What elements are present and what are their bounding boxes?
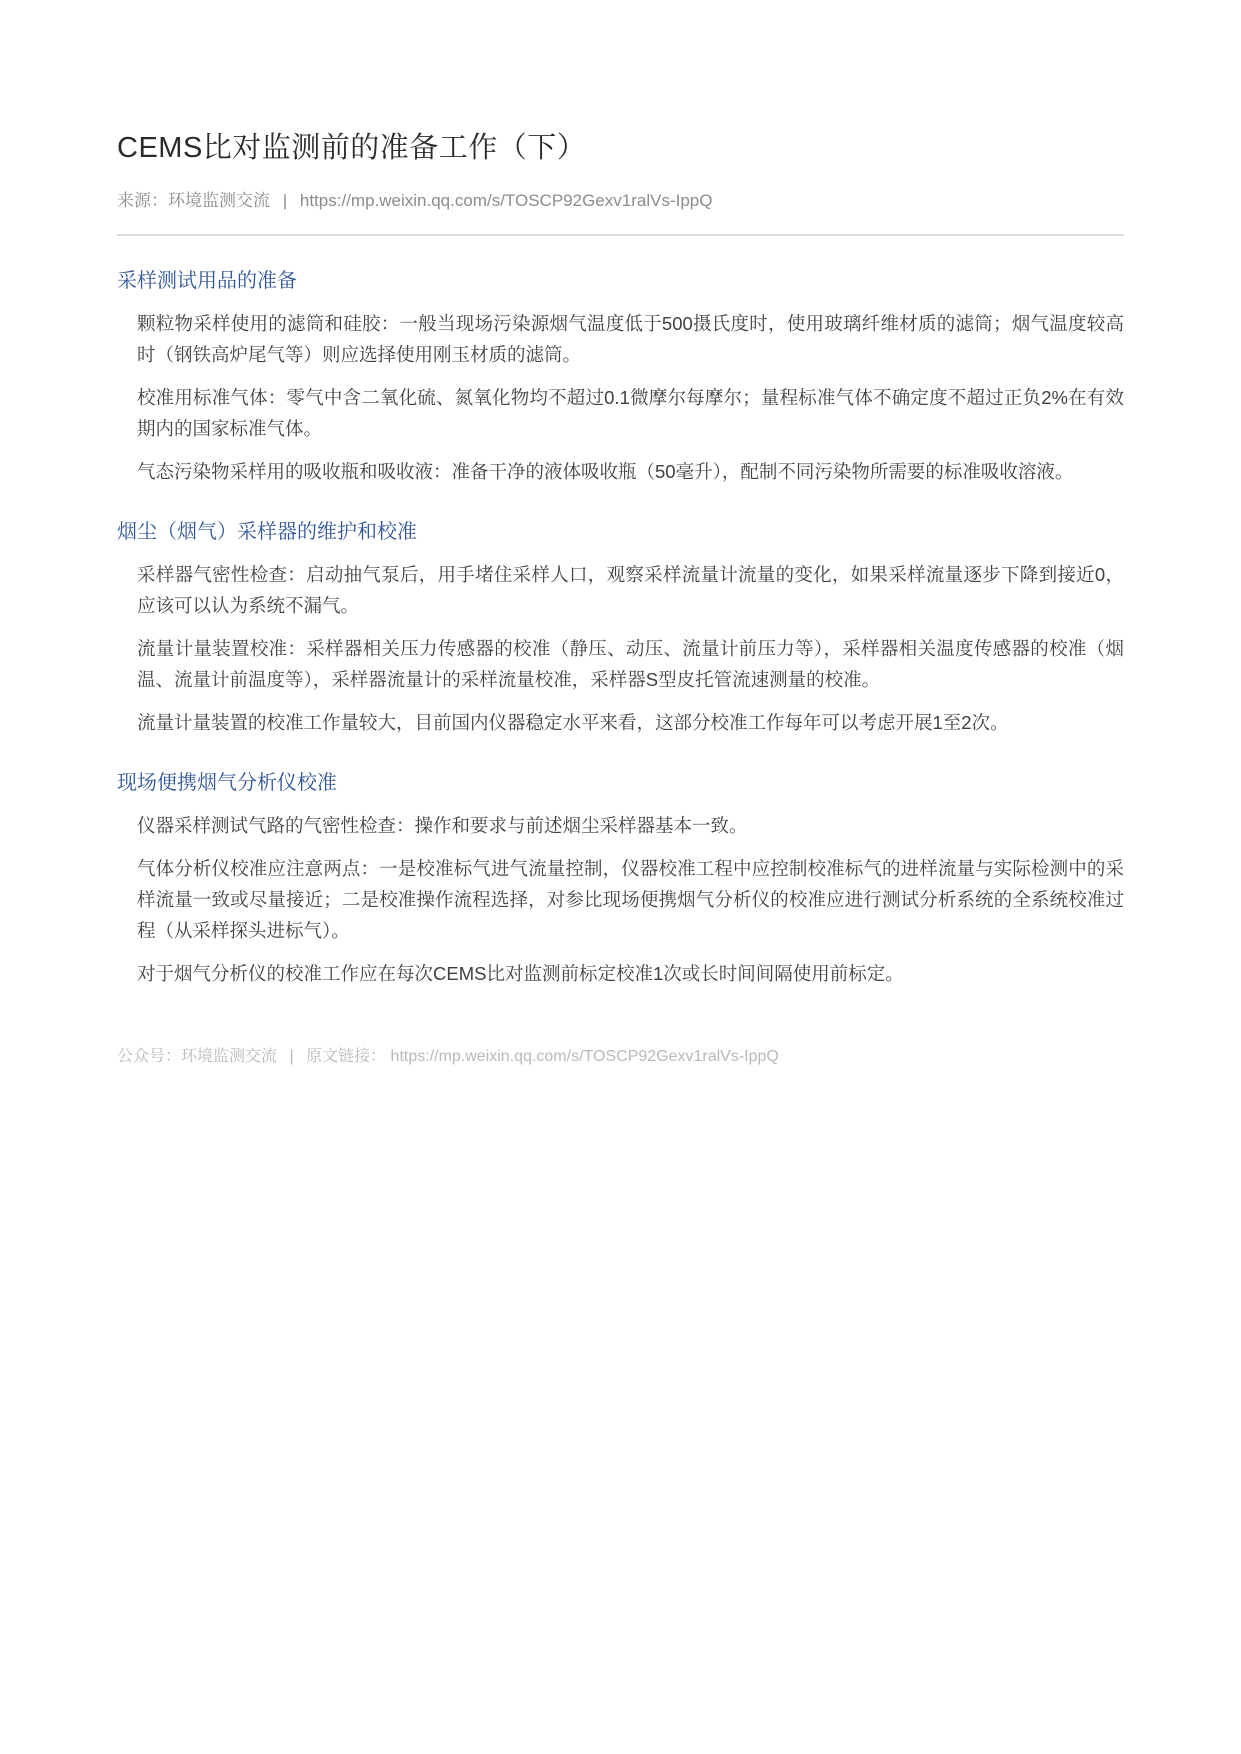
paragraph: 流量计量装置的校准工作量较大，目前国内仪器稳定水平来看，这部分校准工作每年可以考…: [117, 707, 1124, 738]
section-heading-sampling-supplies: 采样测试用品的准备: [117, 268, 1124, 294]
section-sampling-supplies: 采样测试用品的准备 颗粒物采样使用的滤筒和硅胶：一般当现场污染源烟气温度低于50…: [117, 268, 1124, 487]
section-analyzer-calibration: 现场便携烟气分析仪校准 仪器采样测试气路的气密性检查：操作和要求与前述烟尘采样器…: [117, 770, 1124, 989]
section-sampler-maintenance: 烟尘（烟气）采样器的维护和校准 采样器气密性检查：启动抽气泵后，用手堵住采样人口…: [117, 519, 1124, 738]
paragraph: 流量计量装置校准：采样器相关压力传感器的校准（静压、动压、流量计前压力等），采样…: [117, 633, 1124, 695]
section-heading-sampler-maintenance: 烟尘（烟气）采样器的维护和校准: [117, 519, 1124, 545]
divider: [117, 234, 1124, 236]
footer-url[interactable]: https://mp.weixin.qq.com/s/TOSCP92Gexv1r…: [391, 1048, 779, 1065]
footer-line: 公众号：环境监测交流 | 原文链接： https://mp.weixin.qq.…: [117, 1047, 1124, 1068]
paragraph: 气态污染物采样用的吸收瓶和吸收液：准备干净的液体吸收瓶（50毫升），配制不同污染…: [117, 456, 1124, 487]
footer-label: 公众号：环境监测交流: [117, 1048, 277, 1065]
page-title: CEMS比对监测前的准备工作（下）: [117, 130, 1124, 166]
source-line: 来源：环境监测交流 | https://mp.weixin.qq.com/s/T…: [117, 190, 1124, 212]
source-separator: |: [283, 191, 287, 210]
source-label: 来源：环境监测交流: [117, 191, 270, 210]
paragraph: 气体分析仪校准应注意两点：一是校准标气进气流量控制，仪器校准工程中应控制校准标气…: [117, 853, 1124, 946]
footer-separator: |: [289, 1048, 293, 1065]
paragraph: 校准用标准气体：零气中含二氧化硫、氮氧化物均不超过0.1微摩尔每摩尔；量程标准气…: [117, 382, 1124, 444]
paragraph: 仪器采样测试气路的气密性检查：操作和要求与前述烟尘采样器基本一致。: [117, 810, 1124, 841]
paragraph: 颗粒物采样使用的滤筒和硅胶：一般当现场污染源烟气温度低于500摄氏度时，使用玻璃…: [117, 308, 1124, 370]
paragraph: 采样器气密性检查：启动抽气泵后，用手堵住采样人口，观察采样流量计流量的变化，如果…: [117, 559, 1124, 621]
source-url[interactable]: https://mp.weixin.qq.com/s/TOSCP92Gexv1r…: [300, 191, 713, 210]
document-page: CEMS比对监测前的准备工作（下） 来源：环境监测交流 | https://mp…: [0, 0, 1241, 1068]
section-heading-analyzer-calibration: 现场便携烟气分析仪校准: [117, 770, 1124, 796]
footer-link-prefix: 原文链接：: [306, 1048, 386, 1065]
paragraph: 对于烟气分析仪的校准工作应在每次CEMS比对监测前标定校准1次或长时间间隔使用前…: [117, 958, 1124, 989]
